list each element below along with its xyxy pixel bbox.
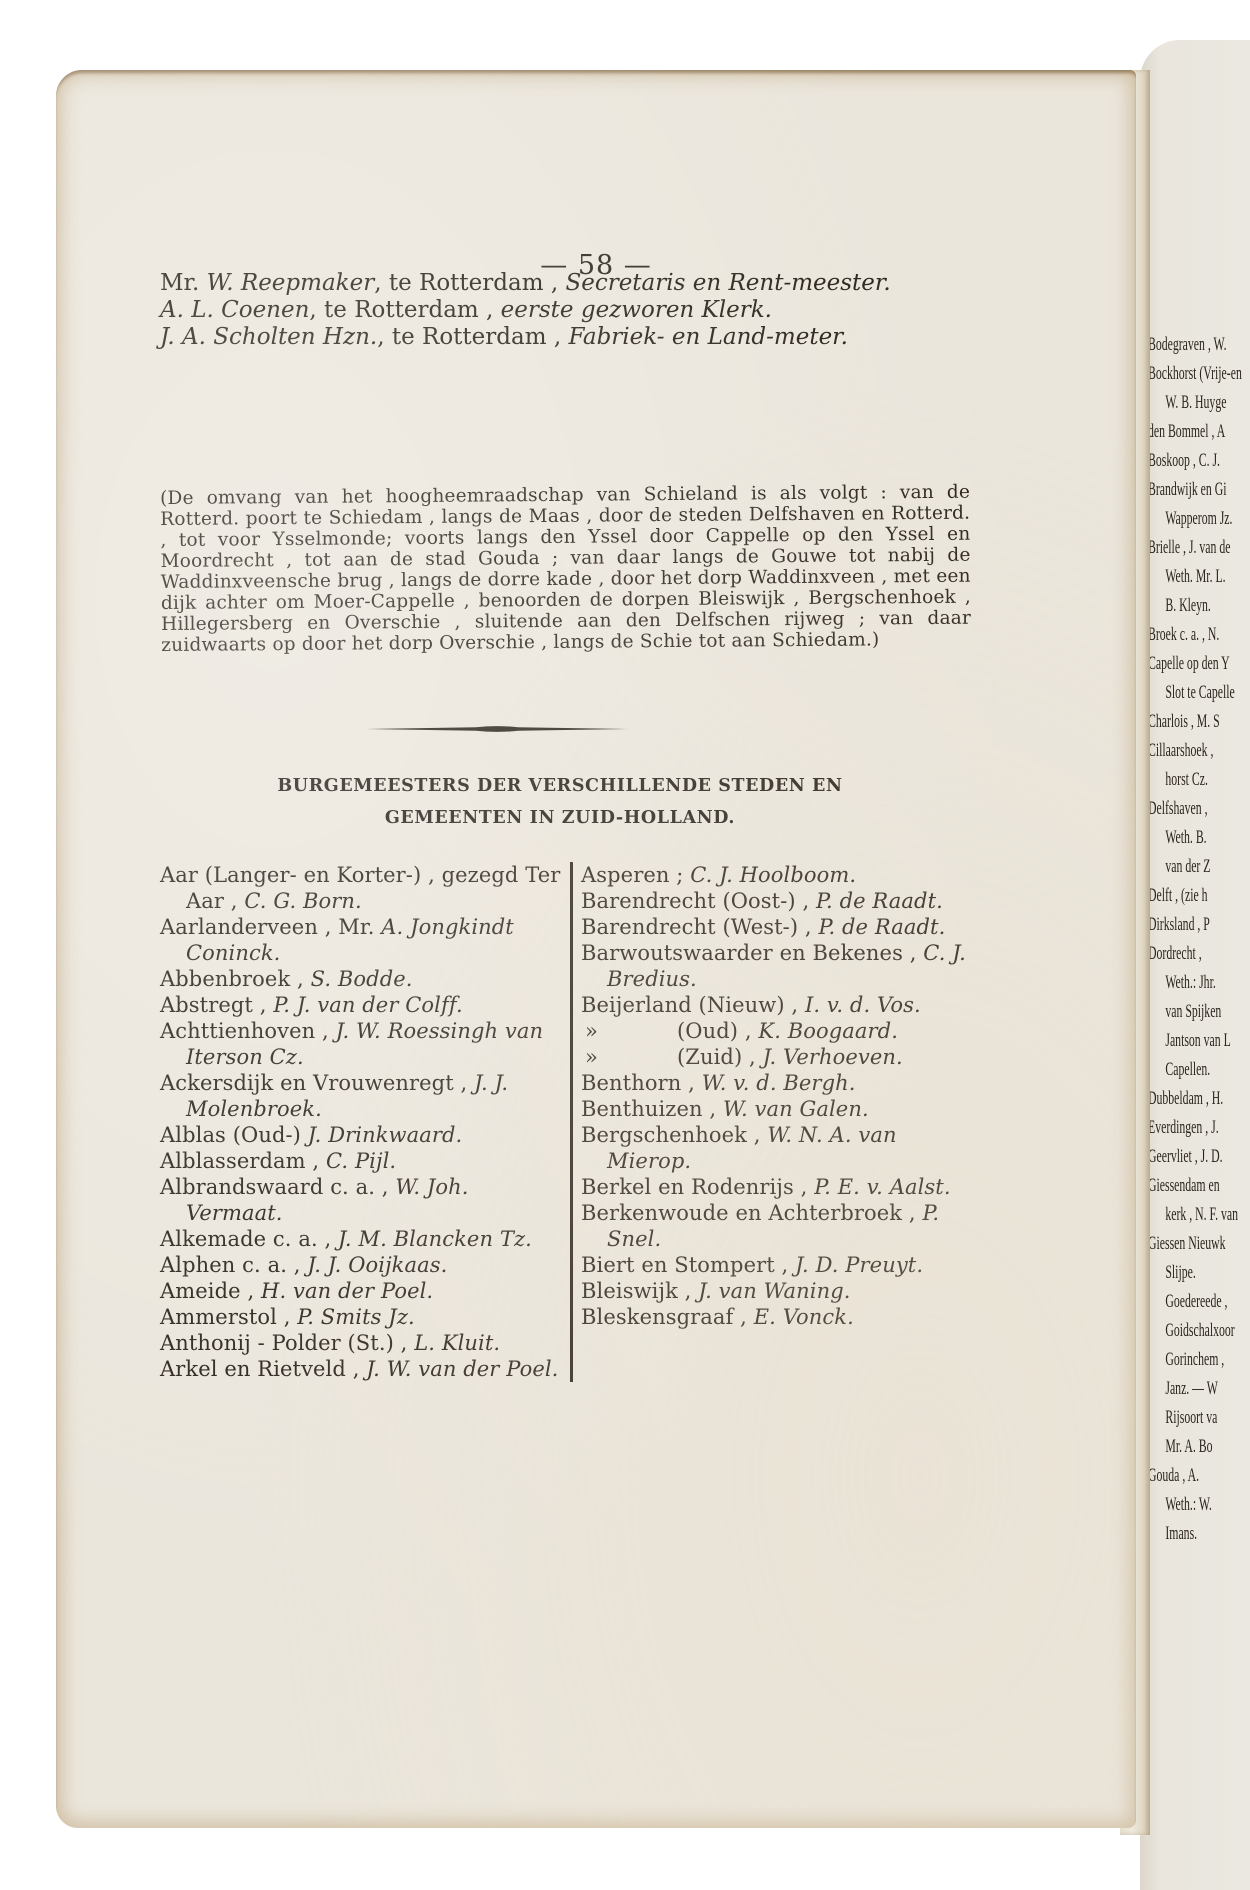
mayors-columns: Aar (Langer- en Korter-) , gezegd Ter Aa… [160,862,980,1382]
facing-line: Weth.: Jhr. [1148,968,1250,997]
facing-line: Everdingen , J. [1148,1113,1250,1142]
mayor-entry: Alphen c. a. , J. J. Ooijkaas. [160,1252,562,1278]
facing-page: Bodegraven , W. Bockhorst (Vrije-en W. B… [1140,40,1250,1890]
facing-line: W. B. Huyge [1148,388,1250,417]
mayor-entry: Asperen ; C. J. Hoolboom. [581,862,976,888]
facing-line: Wapperom Jz. [1148,504,1250,533]
facing-line: Rijsoort va [1148,1403,1250,1432]
facing-line: Boskoop , C. J. [1148,446,1250,475]
mayor-entry: Achttienhoven , J. W. Roessingh van Iter… [160,1018,562,1070]
mayor-entry: Bleskensgraaf , E. Vonck. [581,1304,976,1330]
officials-list: Mr. W. Reepmaker, te Rotterdam , Secreta… [160,270,976,351]
facing-line: horst Cz. [1148,765,1250,794]
official-name: J. A. Scholten Hzn. [160,324,377,350]
facing-page-text: Bodegraven , W. Bockhorst (Vrije-en W. B… [1148,330,1250,1548]
facing-line: Geervliet , J. D. [1148,1142,1250,1171]
mayor-entry: Aarlanderveen , Mr. A. Jongkindt Coninck… [160,914,562,966]
book-spread: Bodegraven , W. Bockhorst (Vrije-en W. B… [0,0,1250,1890]
mayor-entry: Barwoutswaarder en Bekenes , C. J. Bredi… [581,940,976,992]
facing-line: Goidschalxoor [1148,1316,1250,1345]
facing-line: Giessen Nieuwk [1148,1229,1250,1258]
facing-line: Charlois , M. S [1148,707,1250,736]
facing-line: Gouda , A. [1148,1461,1250,1490]
facing-line: Bockhorst (Vrije-en [1148,359,1250,388]
mayor-entry: Anthonij - Polder (St.) , L. Kluit. [160,1330,562,1356]
section-divider-ornament [366,725,628,733]
mayor-entry: Alblasserdam , C. Pijl. [160,1148,562,1174]
facing-line: Bodegraven , W. [1148,330,1250,359]
mayor-entry: Aar (Langer- en Korter-) , gezegd Ter Aa… [160,862,562,914]
mayor-entry: Berkel en Rodenrijs , P. E. v. Aalst. [581,1174,976,1200]
official-entry: A. L. Coenen, te Rotterdam , eerste gezw… [160,297,976,324]
ditto-mark: » [611,1044,677,1070]
facing-line: Brandwijk en Gi [1148,475,1250,504]
facing-line: kerk , N. F. van [1148,1200,1250,1229]
facing-line: Brielle , J. van de [1148,533,1250,562]
facing-line: Dubbeldam , H. [1148,1084,1250,1113]
official-role: Secretaris en Rent-meester. [565,270,890,296]
mayor-entry-ditto: »(Zuid) , J. Verhoeven. [581,1044,976,1070]
official-role: eerste gezworen Klerk. [501,297,772,323]
facing-line: Broek c. a. , N. [1148,620,1250,649]
facing-line: Mr. A. Bo [1148,1432,1250,1461]
facing-line: Dirksland , P [1148,910,1250,939]
facing-line: Imans. [1148,1519,1250,1548]
facing-line: Cillaarshoek , [1148,736,1250,765]
official-name: A. L. Coenen [160,297,309,323]
section-title: BURGEMEESTERS DER VERSCHILLENDE STEDEN E… [170,770,950,834]
mayor-entry: Benthuizen , W. van Galen. [581,1096,976,1122]
mayor-entry-ditto: »(Oud) , K. Boogaard. [581,1018,976,1044]
mayor-entry: Albrandswaard c. a. , W. Joh. Vermaat. [160,1174,562,1226]
page-58: — 58 — Mr. W. Reepmaker, te Rotterdam , … [56,70,1136,1828]
mayors-column-left: Aar (Langer- en Korter-) , gezegd Ter Aa… [160,862,570,1382]
facing-line: van der Z [1148,852,1250,881]
official-entry: Mr. W. Reepmaker, te Rotterdam , Secreta… [160,270,976,297]
facing-line: Capelle op den Y [1148,649,1250,678]
official-role: Fabriek- en Land-meter. [568,324,848,350]
mayor-entry: Abstregt , P. J. van der Colff. [160,992,562,1018]
mayor-entry: Biert en Stompert , J. D. Preuyt. [581,1252,976,1278]
facing-line: Dordrecht , [1148,939,1250,968]
facing-line: Slijpe. [1148,1258,1250,1287]
mayor-entry: Ameide , H. van der Poel. [160,1278,562,1304]
facing-line: Slot te Capelle [1148,678,1250,707]
mayor-entry: Ammerstol , P. Smits Jz. [160,1304,562,1330]
mayor-entry: Beijerland (Nieuw) , I. v. d. Vos. [581,992,976,1018]
facing-line: Delft , (zie h [1148,881,1250,910]
facing-line: B. Kleyn. [1148,591,1250,620]
facing-line: Goedereede , [1148,1287,1250,1316]
mayor-entry: Berkenwoude en Achterbroek , P. Snel. [581,1200,976,1252]
mayor-entry: Bergschenhoek , W. N. A. van Mierop. [581,1122,976,1174]
facing-line: Janz. — W [1148,1374,1250,1403]
mayor-entry: Barendrecht (West-) , P. de Raadt. [581,914,976,940]
mayor-entry: Bleiswijk , J. van Waning. [581,1278,976,1304]
facing-line: Capellen. [1148,1055,1250,1084]
mayor-entry: Barendrecht (Oost-) , P. de Raadt. [581,888,976,914]
facing-line: Giessendam en [1148,1171,1250,1200]
schieland-boundary-note: (De omvang van het hoogheemraadschap van… [160,482,971,656]
facing-line: van Spijken [1148,997,1250,1026]
facing-line: Weth. Mr. L. [1148,562,1250,591]
mayor-entry: Alkemade c. a. , J. M. Blancken Tz. [160,1226,562,1252]
facing-line: Weth. B. [1148,823,1250,852]
mayor-entry: Ackersdijk en Vrouwenregt , J. J. Molenb… [160,1070,562,1122]
mayors-column-right: Asperen ; C. J. Hoolboom. Barendrecht (O… [570,862,976,1382]
facing-line: Delfshaven , [1148,794,1250,823]
facing-line: Jantson van L [1148,1026,1250,1055]
mayor-entry: Abbenbroek , S. Bodde. [160,966,562,992]
official-name: W. Reepmaker [207,270,375,296]
mayor-entry: Alblas (Oud-) J. Drinkwaard. [160,1122,562,1148]
ditto-mark: » [611,1018,677,1044]
facing-line: Weth.: W. [1148,1490,1250,1519]
facing-line: den Bommel , A [1148,417,1250,446]
facing-line: Gorinchem , [1148,1345,1250,1374]
official-entry: J. A. Scholten Hzn., te Rotterdam , Fabr… [160,324,976,351]
mayor-entry: Benthorn , W. v. d. Bergh. [581,1070,976,1096]
mayor-entry: Arkel en Rietveld , J. W. van der Poel. [160,1356,562,1382]
